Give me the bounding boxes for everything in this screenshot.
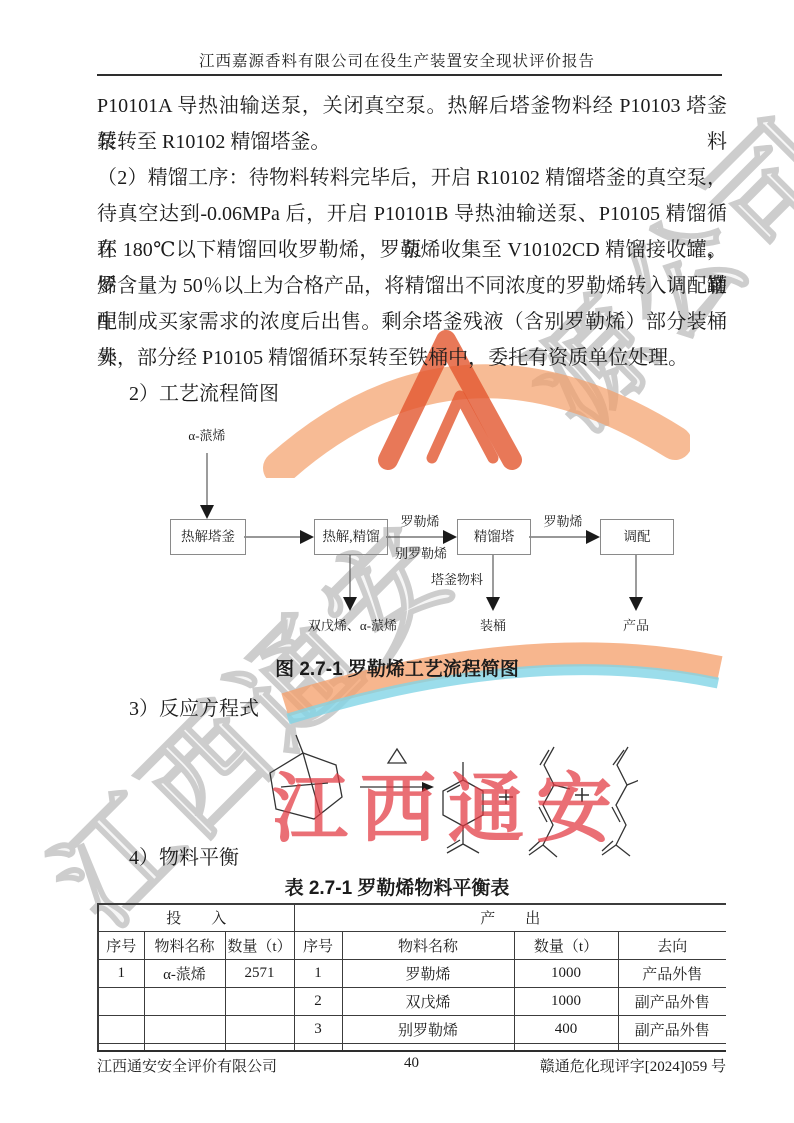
cell: 1	[98, 959, 144, 987]
group-header-output: 产 出	[294, 904, 726, 931]
col-header: 物料名称	[342, 931, 514, 959]
paragraph-line: 烯含量为 50％以上为合格产品，将精馏出不同浓度的罗勒烯转入调配罐中	[97, 268, 727, 304]
cell: 3	[294, 1015, 342, 1043]
paragraph-line: 卖，部分经 P10105 精馏循环泵转至铁桶中，委托有资质单位处理。	[97, 340, 727, 376]
edge-label-ocimene: 罗勒烯	[388, 511, 452, 530]
process-flow-diagram: α-蒎烯 热解塔釜 热解,精馏 精馏塔 调配 罗勒烯 别罗勒烯 罗勒烯 塔釜物料…	[100, 425, 720, 640]
table-row: 1 α-蒎烯 2571 1 罗勒烯 1000 产品外售	[98, 959, 726, 987]
cell	[98, 1015, 144, 1043]
col-header: 去向	[618, 931, 726, 959]
red-watermark-text: 江西通安	[272, 748, 624, 857]
cell: α-蒎烯	[144, 959, 225, 987]
col-header: 序号	[294, 931, 342, 959]
cell: 罗勒烯	[342, 959, 514, 987]
table-row: 2 双戊烯 1000 副产品外售	[98, 987, 726, 1015]
diagram-box-pyrolysis-distillation: 热解,精馏	[314, 519, 388, 555]
cell	[98, 987, 144, 1015]
footer-document-number: 赣通危化现评字[2024]059 号	[97, 1055, 726, 1076]
cell	[225, 987, 294, 1015]
cell: 400	[514, 1015, 618, 1043]
cell: 副产品外售	[618, 1015, 726, 1043]
cell: 双戊烯	[342, 987, 514, 1015]
cell: 2571	[225, 959, 294, 987]
list-item-2-flow-diagram: 2）工艺流程简图	[97, 376, 727, 412]
document-page: 江西通安 源公司 江西通安 江西嘉源香料有限公司在役生产装置安全现状评价报告 P…	[0, 0, 794, 1123]
diagram-box-distillation-tower: 精馏塔	[457, 519, 531, 555]
material-balance-table-wrapper: 投 入 产 出 序号 物料名称 数量（t） 序号 物料名称 数量（t） 去向 1…	[97, 903, 726, 1050]
col-header: 数量（t）	[514, 931, 618, 959]
report-header-title: 江西嘉源香料有限公司在役生产装置安全现状评价报告	[0, 49, 794, 71]
figure-caption: 图 2.7-1 罗勒烯工艺流程简图	[0, 654, 794, 681]
footer-rule	[97, 1050, 726, 1052]
cell: 别罗勒烯	[342, 1015, 514, 1043]
table-column-header-row: 序号 物料名称 数量（t） 序号 物料名称 数量（t） 去向	[98, 931, 726, 959]
cell	[144, 987, 225, 1015]
cell: 1	[294, 959, 342, 987]
body-text: P10101A 导热油输送泵，关闭真空泵。热解后塔釜物料经 P10103 塔釜转…	[97, 88, 727, 412]
col-header: 序号	[98, 931, 144, 959]
table-caption: 表 2.7-1 罗勒烯物料平衡表	[0, 873, 794, 900]
diagram-box-blending: 调配	[600, 519, 674, 555]
output-label-product: 产品	[606, 615, 666, 634]
edge-label-kettle-material: 塔釜物料	[426, 569, 488, 588]
cell: 副产品外售	[618, 987, 726, 1015]
header-rule	[97, 74, 722, 76]
edge-label-ocimene-2: 罗勒烯	[532, 511, 594, 530]
diagram-input-label: α-蒎烯	[162, 425, 252, 444]
paragraph-line: 在 180℃以下精馏回收罗勒烯，罗勒烯收集至 V10102CD 精馏接收罐。罗勒	[97, 232, 727, 268]
paragraph-line: 配制成买家需求的浓度后出售。剩余塔釜残液（含别罗勒烯）部分装桶外	[97, 304, 727, 340]
material-balance-table: 投 入 产 出 序号 物料名称 数量（t） 序号 物料名称 数量（t） 去向 1…	[97, 903, 726, 1050]
paragraph-line: P10101A 导热油输送泵，关闭真空泵。热解后塔釜物料经 P10103 塔釜转…	[97, 88, 727, 124]
diagram-box-pyrolysis-kettle: 热解塔釜	[170, 519, 246, 555]
table-row-clipped	[98, 1043, 726, 1050]
edge-label-allo-ocimene: 别罗勒烯	[386, 543, 456, 562]
table-row: 3 别罗勒烯 400 副产品外售	[98, 1015, 726, 1043]
paragraph-line: （2）精馏工序：待物料转料完毕后，开启 R10102 精馏塔釜的真空泵，	[97, 160, 727, 196]
col-header: 数量（t）	[225, 931, 294, 959]
cell	[225, 1015, 294, 1043]
table-group-header-row: 投 入 产 出	[98, 904, 726, 931]
output-label-dipentene-pinene: 双戊烯、α-蒎烯	[260, 615, 445, 634]
paragraph-line: 待真空达到-0.06MPa 后，开启 P10101B 导热油输送泵、P10105…	[97, 196, 727, 232]
cell	[144, 1015, 225, 1043]
list-item-4-material-balance: 4）物料平衡	[129, 841, 239, 870]
output-label-barrel: 装桶	[462, 615, 524, 634]
cell: 产品外售	[618, 959, 726, 987]
cell: 2	[294, 987, 342, 1015]
cell: 1000	[514, 959, 618, 987]
col-header: 物料名称	[144, 931, 225, 959]
cell: 1000	[514, 987, 618, 1015]
group-header-input: 投 入	[98, 904, 294, 931]
